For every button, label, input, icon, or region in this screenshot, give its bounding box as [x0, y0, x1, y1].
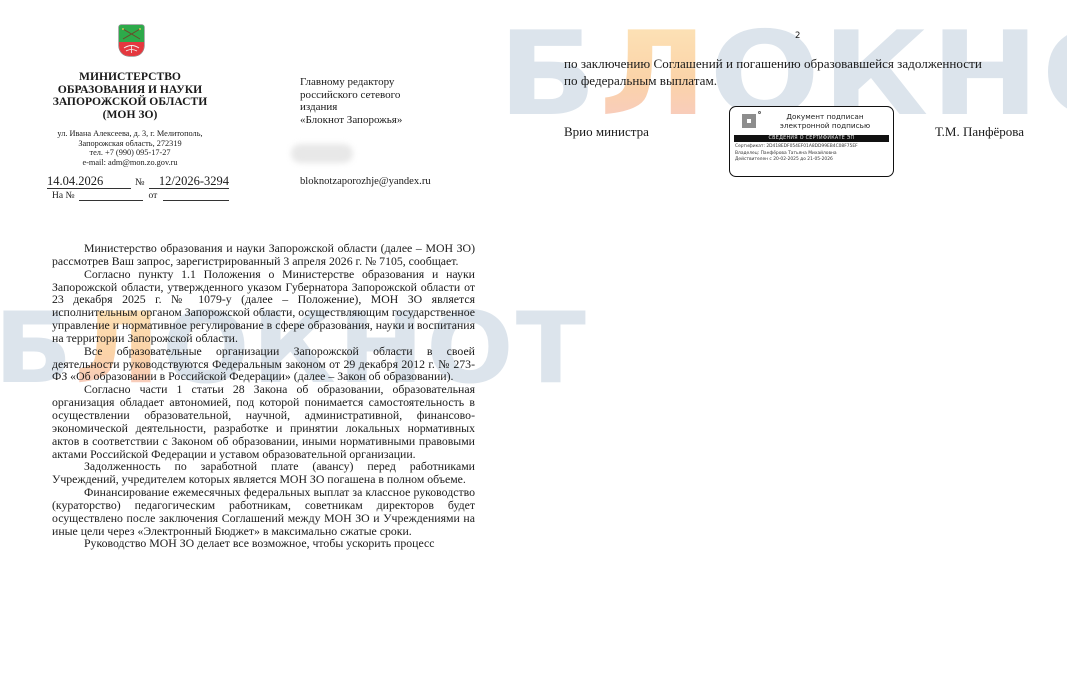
address-line: ул. Ивана Алексеева, д. 3, г. Мелитополь… — [50, 129, 210, 139]
address-line: Запорожская область, 272319 — [50, 139, 210, 149]
ministry-address: ул. Ивана Алексеева, д. 3, г. Мелитополь… — [50, 129, 210, 167]
page-number: 2 — [795, 31, 800, 41]
stamp-title-line: Документ подписан — [760, 112, 890, 121]
recipient-email: bloknotzaporozhje@yandex.ru — [300, 176, 431, 187]
body-paragraph: Финансирование ежемесячных федеральных в… — [52, 486, 475, 537]
electronic-signature-stamp: Документ подписан электронной подписью С… — [729, 106, 894, 177]
continuation-line: по федеральным выплатам. — [564, 72, 1036, 89]
phone-line: тел. +7 (990) 095-17-27 — [50, 148, 210, 158]
continuation-line: по заключению Соглашений и погашению обр… — [564, 55, 1036, 72]
certificate-serial: Сертификат: 2D418EDF054EF01A8DD99EB4C08F… — [735, 144, 858, 151]
ministry-line: ЗАПОРОЖСКОЙ ОБЛАСТИ — [50, 96, 210, 109]
ministry-line: (МОН ЗО) — [50, 109, 210, 122]
continuation-text: по заключению Соглашений и погашению обр… — [564, 55, 1036, 89]
signer-name: Т.М. Панфёрова — [935, 124, 1024, 140]
body-paragraph: Согласно пункту 1.1 Положения о Министер… — [52, 268, 475, 345]
body-paragraph: Руководство МОН ЗО делает все возможное,… — [52, 537, 475, 550]
email-line: e-mail: adm@mon.zo.gov.ru — [50, 158, 210, 168]
body-paragraph: Согласно части 1 статьи 28 Закона об обр… — [52, 383, 475, 460]
recipient-line: издания — [300, 101, 402, 114]
reference-date-blank — [163, 192, 229, 201]
letter-number-label: № — [135, 177, 145, 188]
recipient-line: российского сетевого — [300, 89, 402, 102]
reference-row: На № от — [52, 191, 229, 201]
signature-logo-icon — [742, 114, 756, 128]
stamp-title: Документ подписан электронной подписью — [760, 112, 890, 131]
certificate-details: Сертификат: 2D418EDF054EF01A8DD99EB4C08F… — [735, 144, 858, 164]
reference-date-label: от — [149, 191, 158, 201]
certificate-info-bar: СВЕДЕНИЯ О СЕРТИФИКАТЕ ЭП — [734, 135, 889, 142]
recipient-block: Главному редактору российского сетевого … — [300, 76, 402, 126]
signer-title: Врио министра — [564, 124, 649, 140]
recipient-line: Главному редактору — [300, 76, 402, 89]
zaporozhye-coat-of-arms-icon — [119, 25, 144, 56]
recipient-line: «Блокнот Запорожья» — [300, 114, 402, 127]
ministry-line: МИНИСТЕРСТВО — [50, 71, 210, 84]
body-paragraph: Министерство образования и науки Запорож… — [52, 242, 475, 268]
reference-number-label: На № — [52, 191, 75, 201]
letter-number: 12/2026-3294 — [149, 175, 229, 189]
body-paragraph: Задолженность по заработной плате (аванс… — [52, 460, 475, 486]
redacted-recipient-name — [291, 144, 353, 163]
body-paragraph: Все образовательные организации Запорожс… — [52, 345, 475, 384]
reference-number-blank — [79, 192, 143, 201]
certificate-validity: Действителен с 20-02-2025 до 21-05-2026 — [735, 157, 858, 164]
letter-date: 14.04.2026 — [47, 175, 131, 189]
stamp-title-line: электронной подписью — [760, 121, 890, 130]
ministry-name: МИНИСТЕРСТВО ОБРАЗОВАНИЯ И НАУКИ ЗАПОРОЖ… — [50, 71, 210, 121]
letter-body: Министерство образования и науки Запорож… — [52, 242, 475, 550]
